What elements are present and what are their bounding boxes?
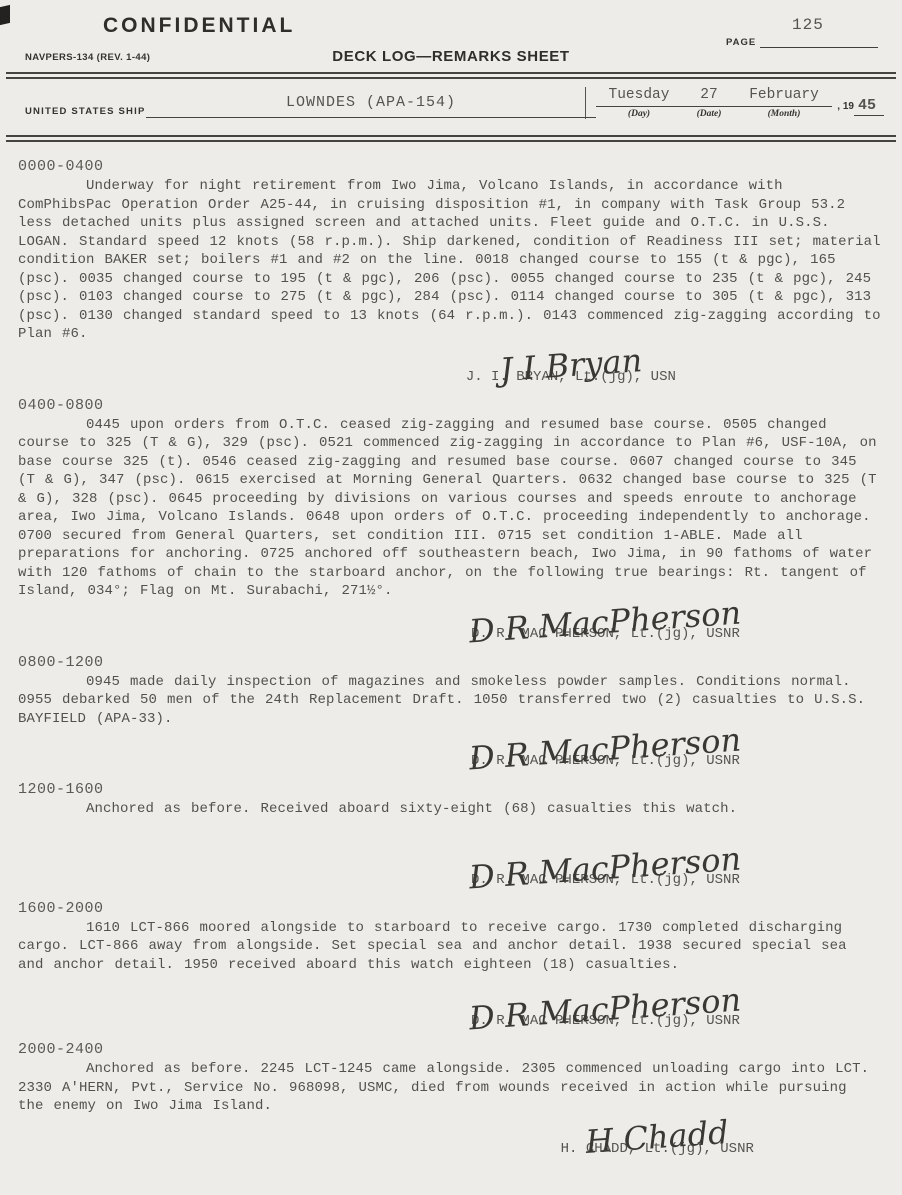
month-value: February (736, 87, 832, 103)
day-label: (Day) (596, 109, 682, 119)
page-underline (760, 35, 878, 48)
watch-period: 0800-1200 (18, 654, 882, 671)
watch-period: 0000-0400 (18, 158, 882, 175)
year-value: 45 (854, 97, 884, 116)
signature-block: D R MacPherson D. R. MAC PHERSON, Lt.(jg… (415, 603, 795, 642)
ship-row: UNITED STATES SHIP LOWNDES (APA-154) Tue… (0, 79, 902, 135)
remarks-text: Anchored as before. 2245 LCT-1245 came a… (18, 1060, 882, 1116)
watch-period: 1200-1600 (18, 781, 882, 798)
date-label: (Date) (682, 109, 736, 119)
log-entry: 1200-1600 Anchored as before. Received a… (18, 781, 882, 888)
date-labels: (Day) (Date) (Month) (596, 109, 832, 119)
horizontal-rule-top (6, 72, 896, 79)
remarks-text: 0445 upon orders from O.T.C. ceased zig-… (18, 416, 882, 601)
page-label-row: PAGE (726, 35, 878, 48)
ship-name: LOWNDES (APA-154) (286, 94, 456, 111)
page-number: 125 (792, 16, 878, 34)
signature-block: D R MacPherson D. R. MAC PHERSON, Lt.(jg… (415, 730, 795, 769)
date-box: Tuesday 27 February , 1945 (Day) (Date) … (585, 87, 884, 119)
signature-block: H Chadd H. CHADD, Lt.(jg), USNR (467, 1118, 847, 1157)
log-entry: 0800-1200 0945 made daily inspection of … (18, 654, 882, 770)
signature-block: D R MacPherson D. R. MAC PHERSON, Lt.(jg… (415, 849, 795, 888)
page-field: 125 PAGE (726, 16, 878, 48)
log-entry: 1600-2000 1610 LCT-866 moored alongside … (18, 900, 882, 1030)
ship-name-field: LOWNDES (APA-154) (146, 79, 596, 118)
log-entry: 0000-0400 Underway for night retirement … (18, 158, 882, 385)
form-header: CONFIDENTIAL 125 PAGE NAVPERS-134 (REV. … (0, 0, 902, 72)
remarks-text: Anchored as before. Received aboard sixt… (18, 800, 882, 819)
year-prefix: , 19 (837, 101, 854, 112)
day-value: Tuesday (596, 87, 682, 103)
date-value: 27 (682, 87, 736, 103)
log-entries: 0000-0400 Underway for night retirement … (0, 142, 902, 1157)
log-entry: 0400-0800 0445 upon orders from O.T.C. c… (18, 397, 882, 642)
ship-label: UNITED STATES SHIP (25, 106, 145, 117)
signature-handwritten: D R MacPherson (415, 835, 797, 899)
watch-period: 1600-2000 (18, 900, 882, 917)
signature-block: D R MacPherson D. R. MAC PHERSON, Lt.(jg… (415, 990, 795, 1029)
signature-block: J I Bryan J. I. BRYAN, Lt.(jg), USN (381, 346, 761, 385)
month-label: (Month) (736, 109, 832, 119)
log-entry: 2000-2400 Anchored as before. 2245 LCT-1… (18, 1041, 882, 1157)
classification-stamp: CONFIDENTIAL (103, 14, 295, 38)
horizontal-rule-bottom (6, 135, 896, 142)
document-title: DECK LOG—REMARKS SHEET (0, 48, 902, 65)
remarks-text: Underway for night retirement from Iwo J… (18, 177, 882, 344)
watch-period: 2000-2400 (18, 1041, 882, 1058)
year-field: , 1945 (837, 97, 884, 114)
deck-log-page: CONFIDENTIAL 125 PAGE NAVPERS-134 (REV. … (0, 0, 902, 1195)
watch-period: 0400-0800 (18, 397, 882, 414)
page-label: PAGE (726, 37, 756, 48)
signature-handwritten: D R MacPherson (415, 977, 797, 1041)
remarks-text: 1610 LCT-866 moored alongside to starboa… (18, 919, 882, 975)
date-values: Tuesday 27 February (596, 87, 832, 107)
